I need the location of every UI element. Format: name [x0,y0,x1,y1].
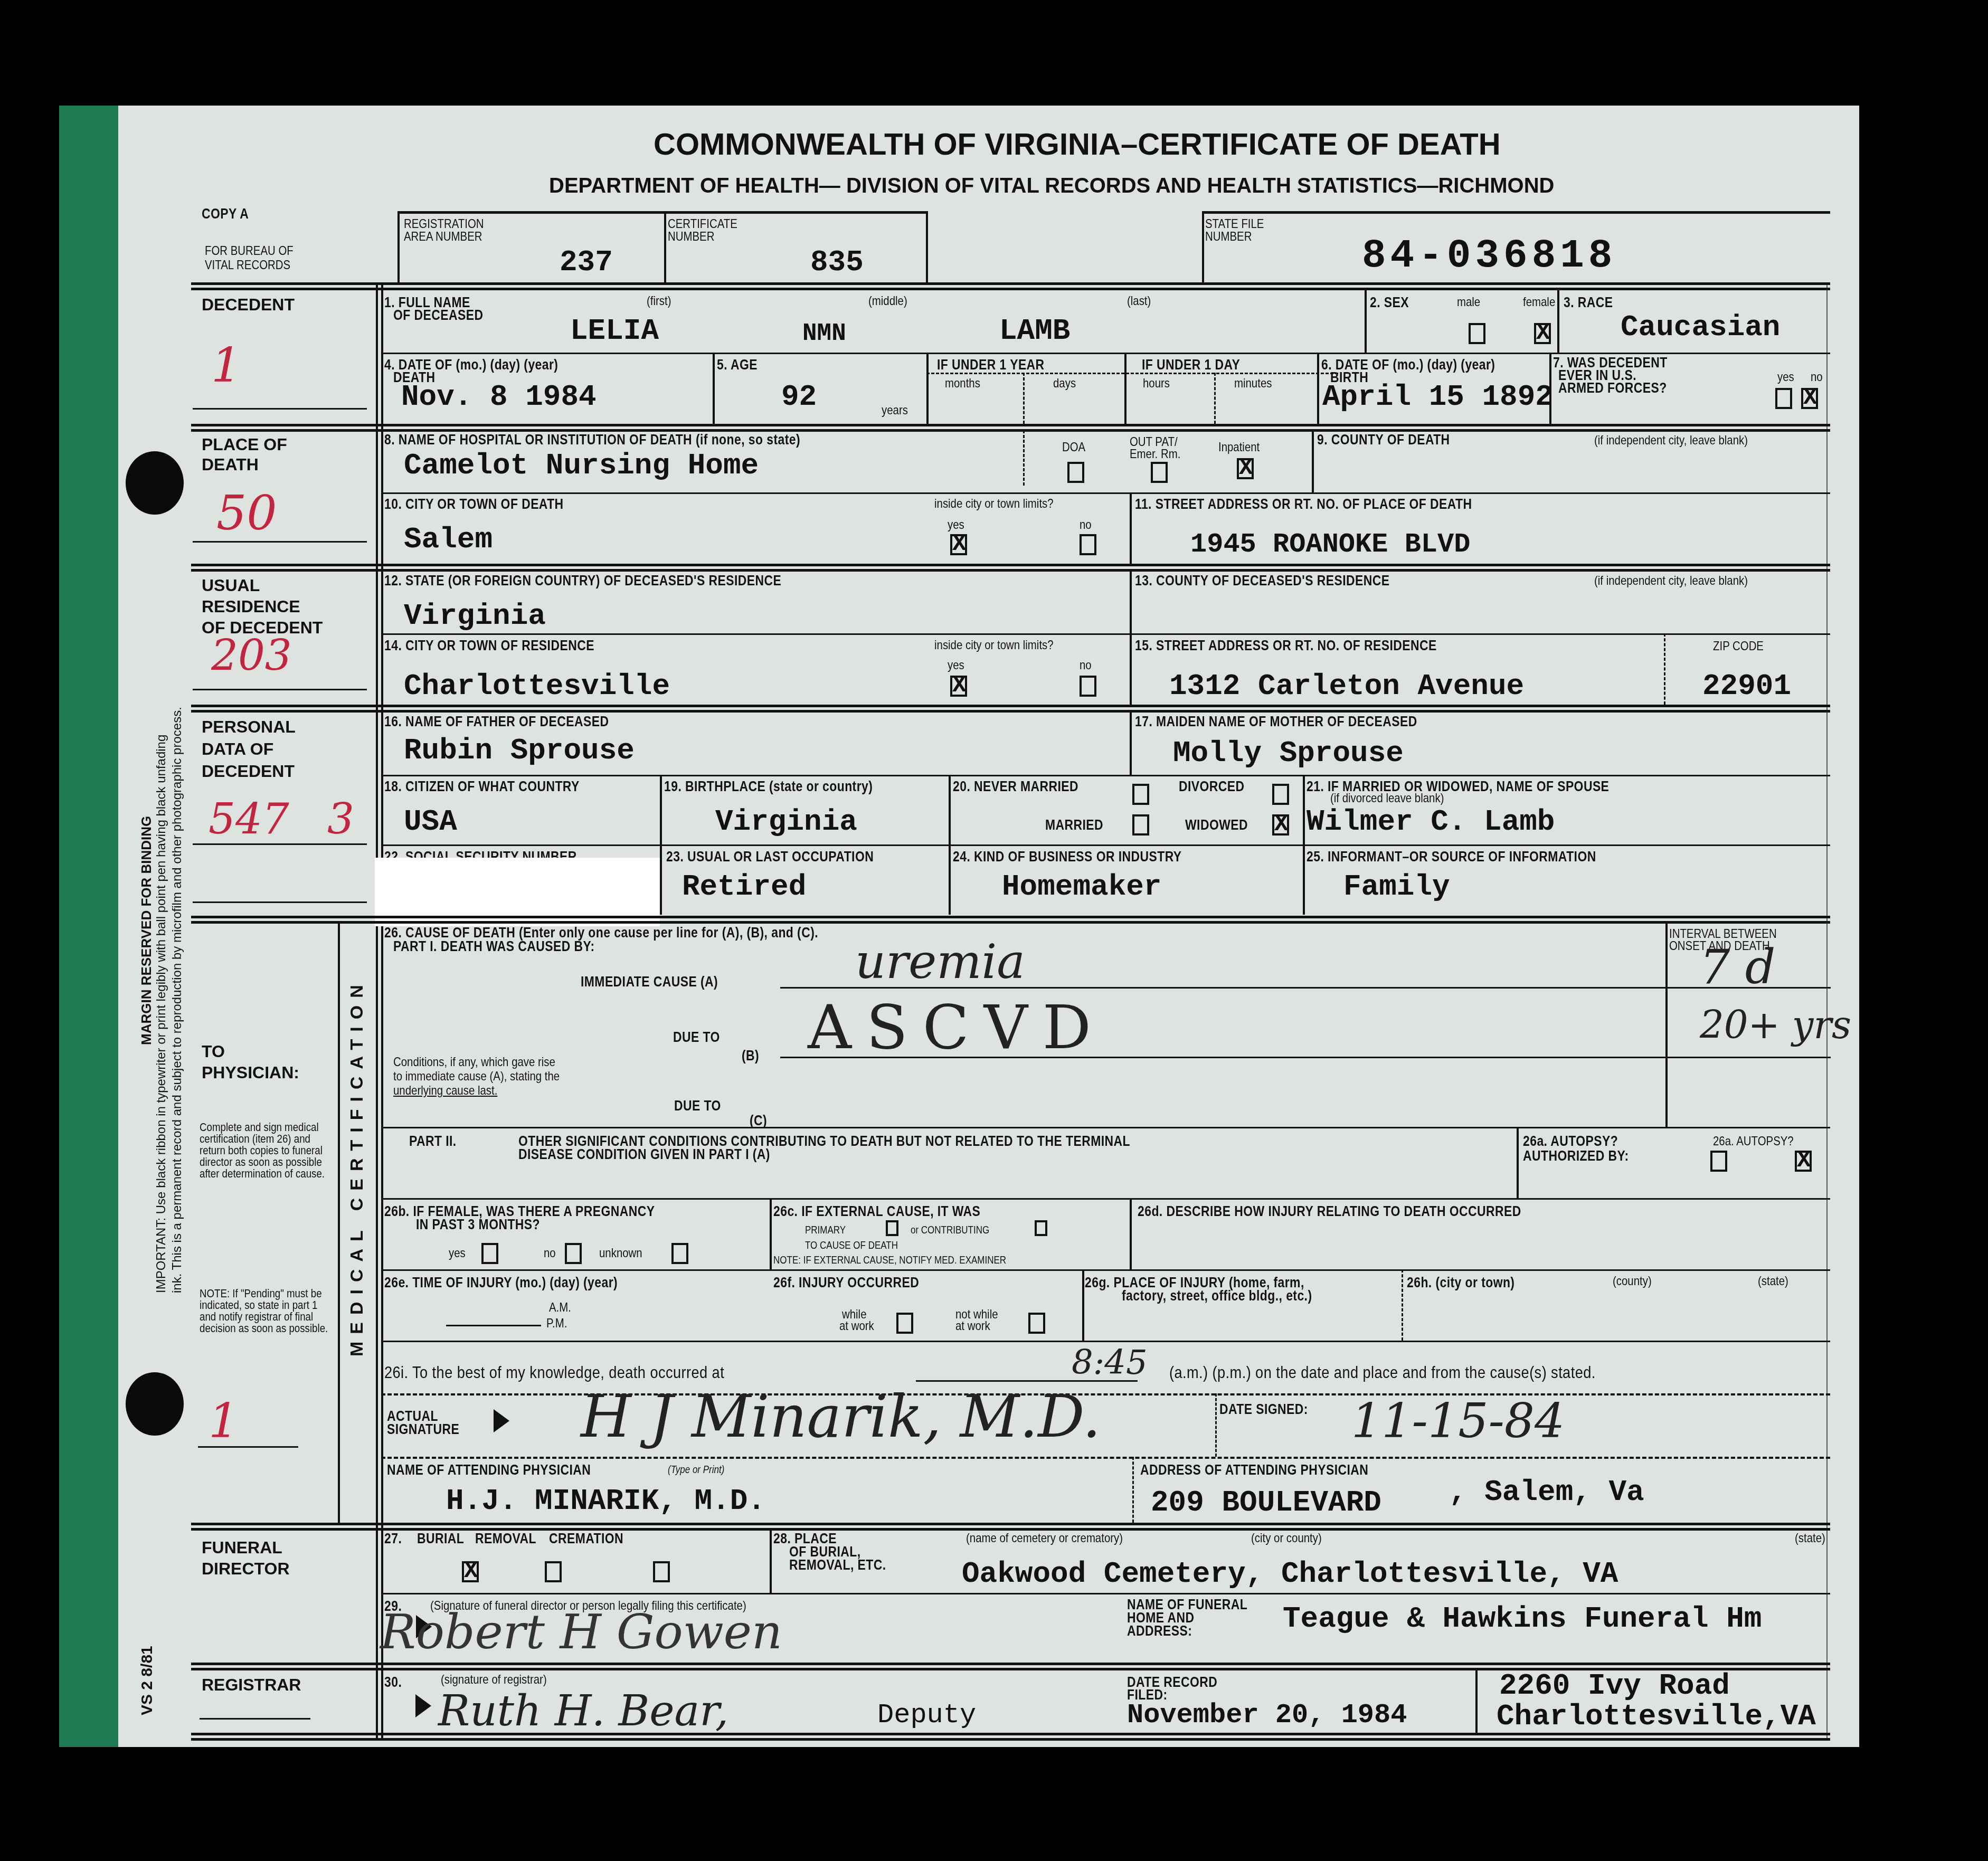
date-signed-label: DATE SIGNED: [1219,1401,1308,1417]
red-code-decedent: 1 [211,338,241,393]
section-funeral-director: FUNERAL [202,1536,282,1559]
certificate-title: COMMONWEALTH OF VIRGINIA–CERTIFICATE OF … [654,127,1501,162]
armed-forces-no-checkbox[interactable]: X [1801,388,1818,409]
under-1-year-label: IF UNDER 1 YEAR [937,357,1045,373]
immediate-cause-label: IMMEDIATE CAUSE (A) [581,974,718,990]
cremation-label: CREMATION [549,1531,623,1546]
state-of-residence: Virginia [404,599,546,633]
field-7-label-3: ARMED FORCES? [1558,380,1667,396]
middle-name-label: (middle) [868,295,907,308]
pregnancy-no-label: no [544,1247,556,1260]
citizenship: USA [404,805,457,839]
pregnancy-no-checkbox[interactable] [565,1243,582,1264]
divorced-label: DIVORCED [1179,778,1245,794]
birthplace: Virginia [715,805,857,839]
margin-important-note-2: ink. This is a permanent record and subj… [170,707,185,1293]
certificate-subtitle: DEPARTMENT OF HEALTH— DIVISION OF VITAL … [549,174,1554,198]
autopsy-yes-checkbox[interactable] [1710,1151,1727,1172]
not-while-at-work-label-2: at work [955,1319,990,1333]
section-usual-residence: USUAL [202,574,260,597]
attending-physician-name: H.J. MINARIK, M.D. [446,1484,765,1518]
funeral-home-name: Teague & Hawkins Funeral Hm [1283,1602,1762,1636]
form-number: VS 2 8/81 [138,1646,156,1715]
sex-female-checkbox[interactable]: X [1534,323,1551,344]
never-married-label: 20. NEVER MARRIED [953,778,1078,794]
field-3-label: 3. RACE [1564,295,1613,310]
punch-hole [126,1372,184,1436]
physician-instructions: Complete and sign medical certification … [200,1122,330,1180]
field-26g-label-2: factory, street, office bldg., etc.) [1122,1288,1312,1304]
section-to-physician-2: PHYSICIAN: [202,1061,299,1084]
outpatient-label-2: Emer. Rm. [1130,448,1180,461]
injury-county-label: (county) [1613,1275,1652,1288]
contributing-checkbox[interactable] [1035,1220,1047,1236]
burial-city-label: (city or county) [1251,1532,1322,1545]
never-married-checkbox[interactable] [1132,784,1149,805]
field-14-label: 14. CITY OR TOWN OF RESIDENCE [384,638,594,653]
city-of-residence: Charlottesville [404,669,670,703]
part-2-label: PART II. [409,1133,457,1149]
am-label: A.M. [549,1301,571,1315]
pending-note: NOTE: If "Pending" must be indicated, so… [200,1288,330,1334]
field-15-label: 15. STREET ADDRESS OR RT. NO. OF RESIDEN… [1135,638,1437,653]
while-at-work-checkbox[interactable] [896,1313,913,1334]
res-inside-no-label: no [1080,659,1092,672]
armed-no-label: no [1811,371,1823,384]
funeral-director-signature: Robert H Gowen [380,1604,782,1660]
primary-label: PRIMARY [805,1223,846,1237]
punch-hole [126,451,184,515]
married-checkbox[interactable] [1132,814,1149,835]
field-26-label-2: PART I. DEATH WAS CAUSED BY: [393,938,595,954]
field-11-label: 11. STREET ADDRESS OR RT. NO. OF PLACE O… [1135,496,1472,512]
primary-checkbox[interactable] [886,1220,898,1236]
copy-note-2: VITAL RECORDS [205,259,290,272]
first-name-label: (first) [647,295,671,308]
field-19-label: 19. BIRTHPLACE (state or country) [664,778,873,794]
red-code-personal-b: 3 [327,794,354,843]
armed-forces-yes-checkbox[interactable] [1775,388,1792,409]
section-personal-data-3: DECEDENT [202,759,295,783]
funeral-home-address-2: Charlottesville,VA [1497,1699,1816,1733]
margin-binding-note: MARGIN RESERVED FOR BINDING [138,816,155,1045]
death-inside-limits-label: inside city or town limits? [934,497,1054,511]
certificate-number-label-2: NUMBER [668,230,714,244]
res-inside-yes-label: yes [948,659,964,672]
red-code-place: 50 [216,486,277,541]
zip-code: 22901 [1702,669,1791,703]
b-label: (B) [742,1048,759,1064]
hours-label: hours [1143,377,1170,391]
type-or-print-note: (Type or Print) [668,1463,724,1477]
burial-checkbox[interactable]: X [462,1561,479,1582]
copy-note-1: FOR BUREAU OF [205,244,294,258]
field-27-label: 27. [384,1531,402,1546]
death-inside-yes-label: yes [948,518,964,532]
section-usual-residence-2: RESIDENCE [202,595,300,618]
burial-state-label: (state) [1795,1532,1825,1545]
c-label: (C) [750,1113,767,1128]
medical-certification-label: MEDICAL CERTIFICATION [347,977,367,1356]
actual-signature-label-2: SIGNATURE [387,1421,459,1437]
registrar-signature-label: (signature of registrar) [441,1673,547,1687]
field-28-label-3: REMOVAL, ETC. [789,1557,886,1573]
funeral-home-address-1: 2260 Ivy Road [1499,1669,1730,1703]
while-at-work-label-2: at work [839,1319,874,1333]
field-24-label: 24. KIND OF BUSINESS OR INDUSTRY [953,849,1182,865]
autopsy-yes-label: 26a. AUTOPSY? [1713,1135,1794,1148]
field-16-label: 16. NAME OF FATHER OF DECEASED [384,714,609,729]
removal-label: REMOVAL [475,1531,536,1546]
red-code-residence: 203 [211,631,292,680]
widowed-label: WIDOWED [1185,817,1248,833]
res-inside-limits-label: inside city or town limits? [934,639,1054,652]
green-binding-band [59,106,118,1747]
field-26i-label: 26i. To the best of my knowledge, death … [384,1364,724,1380]
mother-maiden-name: Molly Sprouse [1173,736,1404,770]
pregnancy-yes-checkbox[interactable] [481,1243,498,1264]
state-file-number: 84-036818 [1362,238,1616,274]
spouse-name: Wilmer C. Lamb [1307,805,1555,839]
reg-area-label-2: AREA NUMBER [404,230,482,244]
street-of-death: 1945 ROANOKE BLVD [1190,528,1471,562]
doa-label: DOA [1062,441,1085,454]
days-label: days [1053,377,1076,391]
pregnancy-unknown-label: unknown [599,1247,642,1260]
physician-city: , Salem, Va [1449,1475,1644,1509]
conditions-note-3: underlying cause last. [393,1084,497,1098]
decedent-middle-name: NMN [802,317,846,350]
widowed-checkbox[interactable]: X [1272,814,1289,835]
due-to-c-label: DUE TO [674,1098,721,1114]
field-26a-label: 26a. AUTOPSY? [1523,1133,1618,1149]
section-funeral-director-2: DIRECTOR [202,1557,290,1580]
field-8-label: 8. NAME OF HOSPITAL OR INSTITUTION OF DE… [384,432,800,448]
red-code-personal-a: 547 [209,794,289,843]
field-30-label: 30. [384,1674,402,1690]
margin-important-note-1: IMPORTANT: Use black ribbon in typewrite… [154,735,169,1293]
field-23-label: 23. USUAL OR LAST OCCUPATION [666,849,874,865]
divorced-checkbox[interactable] [1272,784,1289,805]
father-name: Rubin Sprouse [404,734,635,767]
external-cause-note: NOTE: IF EXTERNAL CAUSE, NOTIFY MED. EXA… [773,1254,1006,1267]
informant: Family [1343,870,1450,904]
burial-label: BURIAL [417,1531,464,1546]
field-26e-label: 26e. TIME OF INJURY (mo.) (day) (year) [384,1275,618,1290]
occupation: Retired [682,870,806,904]
married-label: MARRIED [1045,817,1103,833]
section-place-of-death-2: DEATH [202,453,259,476]
section-personal-data-2: DATA OF [202,737,273,761]
conditions-note-2: to immediate cause (A), stating the [393,1070,560,1084]
section-registrar: REGISTRAR [202,1673,301,1696]
field-26a-label-2: AUTHORIZED BY: [1523,1148,1629,1164]
death-inside-no-label: no [1080,518,1092,532]
physician-street: 209 BOULEVARD [1151,1486,1381,1520]
field-2-label: 2. SEX [1370,295,1409,310]
date-filed: November 20, 1984 [1127,1698,1407,1732]
date-signed-handwritten: 11-15-84 [1351,1393,1565,1449]
removal-checkbox[interactable] [545,1561,562,1582]
due-to-b-label: DUE TO [673,1029,720,1045]
decedent-last-name: LAMB [999,314,1070,348]
field-26b-label-2: IN PAST 3 MONTHS? [416,1217,540,1232]
inpatient-checkbox[interactable]: X [1237,458,1254,479]
injury-state-label: (state) [1758,1275,1788,1288]
section-personal-data: PERSONAL [202,715,296,738]
sex-male-label: male [1457,296,1480,309]
zip-code-label: ZIP CODE [1713,640,1764,653]
age-years-label: years [882,404,908,417]
inpatient-label: Inpatient [1218,441,1260,454]
cemetery-label: (name of cemetery or crematory) [966,1532,1123,1545]
section-decedent: DECEDENT [202,293,295,316]
field-1-label-2: OF DECEASED [393,307,483,323]
decedent-first-name: LELIA [570,314,659,348]
doa-checkbox[interactable] [1067,462,1084,483]
sex-male-checkbox[interactable] [1469,323,1485,344]
pregnancy-unknown-checkbox[interactable] [671,1243,688,1264]
am-pm-statement: (a.m.) (p.m.) on the date and place and … [1169,1364,1596,1380]
signature-arrow-icon [494,1409,509,1432]
hospital-name: Camelot Nursing Home [404,449,759,482]
death-inside-no-checkbox[interactable] [1080,534,1096,555]
state-file-label-2: NUMBER [1205,230,1252,244]
independent-city-note-2: (if independent city, leave blank) [1594,574,1748,588]
physician-signature: H J Minarik, M.D. [581,1383,1101,1450]
time-of-death-handwritten: 8:45 [1072,1343,1148,1382]
attending-physician-label: NAME OF ATTENDING PHYSICIAN [387,1462,591,1478]
months-label: months [945,377,980,391]
burial-place: Oakwood Cemetery, Charlottesville, VA [962,1557,1618,1591]
death-inside-yes-checkbox[interactable]: X [950,534,967,555]
contributing-label: or CONTRIBUTING [911,1223,989,1237]
field-10-label: 10. CITY OR TOWN OF DEATH [384,496,564,512]
cause-a-handwritten: uremia [855,934,1025,990]
field-17-label: 17. MAIDEN NAME OF MOTHER OF DECEASED [1135,714,1417,729]
field-5-label: 5. AGE [717,357,758,373]
field-21-label-2: (if divorced leave blank) [1330,792,1444,805]
registrar-title: Deputy [877,1698,976,1732]
pm-label: P.M. [546,1317,567,1331]
minutes-label: minutes [1234,377,1272,391]
field-18-label: 18. CITIZEN OF WHAT COUNTRY [384,778,580,794]
armed-yes-label: yes [1777,371,1794,384]
independent-city-note: (if independent city, leave blank) [1594,434,1748,448]
physician-address-label: ADDRESS OF ATTENDING PHYSICIAN [1140,1462,1368,1478]
sex-female-label: female [1523,296,1555,309]
field-25-label: 25. INFORMANT–OR SOURCE OF INFORMATION [1307,849,1596,865]
age-value: 92 [781,380,817,414]
field-26d-label: 26d. DESCRIBE HOW INJURY RELATING TO DEA… [1138,1203,1521,1219]
street-of-residence: 1312 Carleton Avenue [1169,669,1524,703]
section-to-physician: TO [202,1040,225,1063]
funeral-home-label-3: ADDRESS: [1127,1623,1192,1639]
interval-b-handwritten: 20+ yrs [1700,1003,1851,1047]
to-cause-label: TO CAUSE OF DEATH [805,1239,898,1252]
autopsy-no-checkbox[interactable]: X [1795,1151,1812,1172]
outpatient-checkbox[interactable] [1151,462,1168,483]
field-12-label: 12. STATE (OR FOREIGN COUNTRY) OF DECEAS… [384,573,781,588]
not-while-at-work-checkbox[interactable] [1028,1313,1045,1334]
interval-a-handwritten: 7 d [1700,939,1775,995]
cause-b-handwritten: ASCVD [808,992,1106,1063]
certificate-number: 835 [810,245,864,279]
under-1-day-label: IF UNDER 1 DAY [1142,357,1240,373]
copy-label: COPY A [202,206,249,222]
field-9-label: 9. COUNTY OF DEATH [1317,432,1450,448]
registrar-signature: Ruth H. Bear, [438,1686,728,1735]
last-name-label: (last) [1127,295,1151,308]
date-of-birth: April 15 1892 [1322,380,1553,414]
registrar-signature-arrow-icon [415,1694,431,1717]
res-inside-yes-checkbox[interactable]: X [950,676,967,697]
cremation-checkbox[interactable] [653,1561,670,1582]
field-26h-label: 26h. (city or town) [1407,1275,1514,1290]
pregnancy-yes-label: yes [449,1247,466,1260]
field-13-label: 13. COUNTY OF DECEASED'S RESIDENCE [1135,573,1389,588]
field-26c-label: 26c. IF EXTERNAL CAUSE, IT WAS [773,1203,980,1219]
industry: Homemaker [1002,870,1161,904]
part-2-text-2: DISEASE CONDITION GIVEN IN PART I (A) [518,1146,770,1162]
date-of-death: Nov. 8 1984 [401,380,597,414]
conditions-note-1: Conditions, if any, which gave rise [393,1056,555,1069]
red-code-physician: 1 [209,1393,239,1449]
city-of-death: Salem [404,523,493,556]
field-26f-label: 26f. INJURY OCCURRED [773,1275,919,1290]
reg-area-number: 237 [560,245,613,279]
res-inside-no-checkbox[interactable] [1080,676,1096,697]
race-value: Caucasian [1621,310,1780,344]
